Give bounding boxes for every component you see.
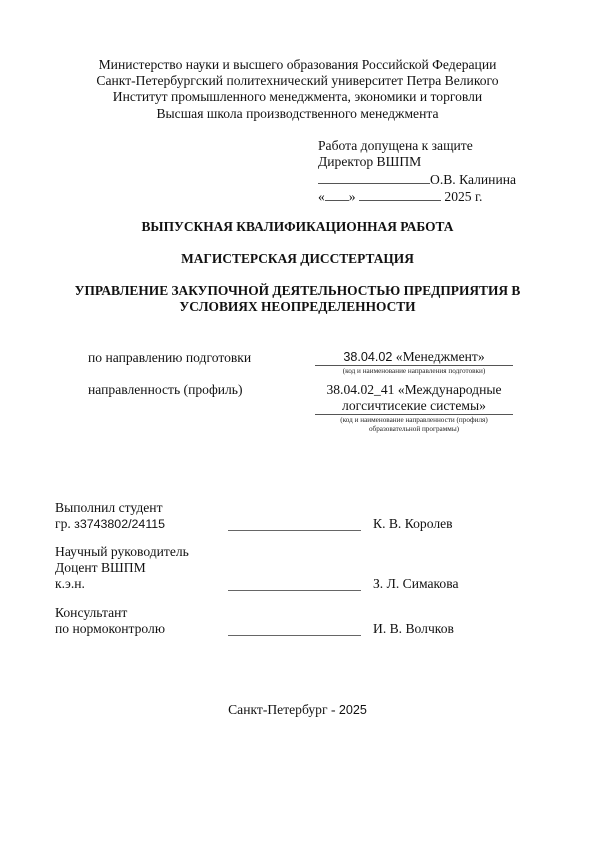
footer-year: 2025	[339, 703, 367, 717]
group-number: з3743802/24115	[74, 517, 165, 531]
supervisor-signature-line	[228, 590, 361, 591]
degree-title: МАГИСТЕРСКАЯ ДИССТЕРТАЦИЯ	[0, 251, 595, 267]
direction-label: по направлению подготовки	[88, 350, 251, 366]
work-type-title: ВЫПУСКНАЯ КВАЛИФИКАЦИОННАЯ РАБОТА	[0, 219, 595, 235]
approval-signer: О.В. Калинина	[430, 172, 516, 187]
profile-value-line-2: логсичтисекие системы»	[315, 398, 513, 414]
topic-title: УПРАВЛЕНИЕ ЗАКУПОЧНОЙ ДЕЯТЕЛЬНОСТЬЮ ПРЕД…	[0, 283, 595, 315]
signature-supervisor-role: Научный руководитель Доцент ВШПМ к.э.н.	[55, 544, 189, 592]
consultant-name: И. В. Волчков	[373, 621, 454, 637]
approval-director: Директор ВШПМ	[318, 154, 516, 170]
profile-value: 38.04.02_41 «Международные логсичтисекие…	[315, 382, 513, 415]
approval-block: Работа допущена к защите Директор ВШПМ О…	[318, 138, 516, 206]
group-prefix: гр.	[55, 516, 74, 531]
header-line-ministry: Министерство науки и высшего образования…	[0, 57, 595, 73]
date-quote-close: »	[349, 189, 356, 204]
topic-line-2: УСЛОВИЯХ НЕОПРЕДЕЛЕННОСТИ	[0, 299, 595, 315]
footer-city: Санкт-Петербург -	[228, 702, 339, 717]
direction-value: 38.04.02 «Менеджмент»	[315, 349, 513, 366]
ministry-header: Министерство науки и высшего образования…	[0, 57, 595, 122]
supervisor-name: З. Л. Симакова	[373, 576, 459, 592]
student-role-line: Выполнил студент	[55, 500, 165, 516]
date-month-field	[359, 188, 441, 201]
profile-label: направленность (профиль)	[88, 382, 243, 398]
supervisor-degree-line: к.э.н.	[55, 576, 189, 592]
consultant-signature-line	[228, 635, 361, 636]
profile-caption-line-2: образовательной программы)	[315, 425, 513, 434]
header-line-institute: Институт промышленного менеджмента, экон…	[0, 89, 595, 105]
signature-consultant-role: Консультант по нормоконтролю	[55, 605, 165, 637]
date-quote-open: «	[318, 189, 325, 204]
direction-caption: (код и наименование направления подготов…	[315, 367, 513, 376]
supervisor-position-line: Доцент ВШПМ	[55, 560, 189, 576]
header-line-university: Санкт-Петербургский политехнический унив…	[0, 73, 595, 89]
supervisor-role-line: Научный руководитель	[55, 544, 189, 560]
profile-caption: (код и наименование направленности (проф…	[315, 416, 513, 434]
approval-date-line: «» 2025 г.	[318, 188, 516, 205]
signature-student-role: Выполнил студент гр. з3743802/24115	[55, 500, 165, 532]
footer-city-year: Санкт-Петербург - 2025	[0, 702, 595, 718]
profile-caption-line-1: (код и наименование направленности (проф…	[315, 416, 513, 425]
direction-field: 38.04.02 «Менеджмент» (код и наименовани…	[315, 349, 513, 376]
date-day-field	[325, 188, 349, 201]
topic-line-1: УПРАВЛЕНИЕ ЗАКУПОЧНОЙ ДЕЯТЕЛЬНОСТЬЮ ПРЕД…	[0, 283, 595, 299]
profile-value-line-1: 38.04.02_41 «Международные	[315, 382, 513, 398]
consultant-area-line: по нормоконтролю	[55, 621, 165, 637]
direction-name: «Менеджмент»	[396, 349, 485, 364]
consultant-role-line: Консультант	[55, 605, 165, 621]
header-line-school: Высшая школа производственного менеджмен…	[0, 106, 595, 122]
approval-signer-line: О.В. Калинина	[318, 171, 516, 188]
student-signature-line	[228, 530, 361, 531]
student-name: К. В. Королев	[373, 516, 453, 532]
approval-admitted: Работа допущена к защите	[318, 138, 516, 154]
profile-field: 38.04.02_41 «Международные логсичтисекие…	[315, 382, 513, 434]
approval-year: 2025 г.	[444, 189, 482, 204]
direction-code: 38.04.02	[343, 350, 392, 364]
director-signature-field	[318, 171, 430, 184]
student-group-line: гр. з3743802/24115	[55, 516, 165, 532]
